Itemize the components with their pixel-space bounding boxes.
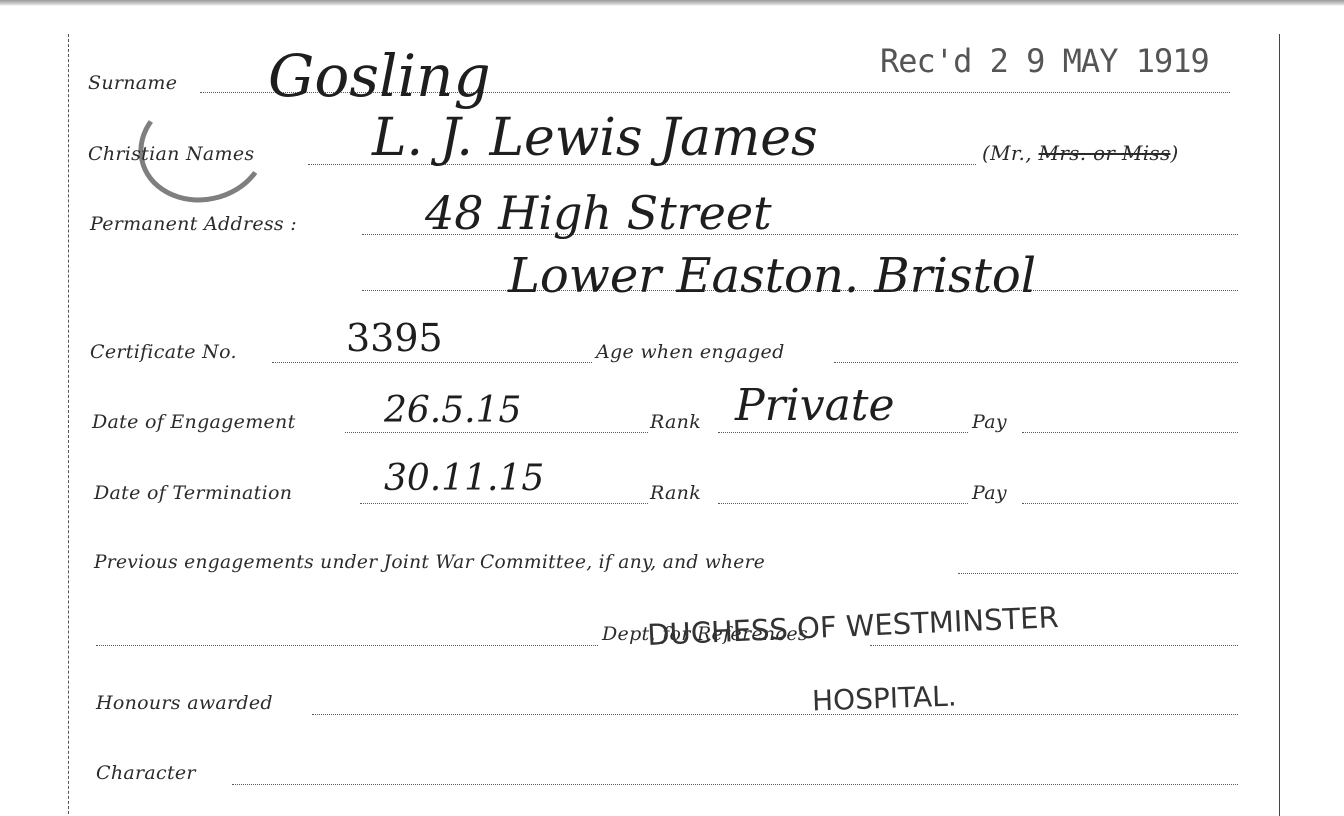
date-of-engagement-value: 26.5.15 — [384, 390, 521, 431]
character-label: Character — [96, 762, 196, 784]
date-of-termination-label: Date of Termination — [94, 482, 292, 504]
address-line-2-value: Lower Easton. Bristol — [508, 248, 1036, 304]
title-struck-mrs-miss: Mrs. or Miss — [1039, 141, 1171, 165]
pay-termination-label: Pay — [972, 482, 1007, 504]
pay-engagement-label: Pay — [972, 411, 1007, 433]
age-when-engaged-line — [834, 362, 1238, 363]
rank-engagement-value: Private — [735, 380, 895, 431]
date-of-engagement-line — [345, 432, 648, 433]
title-open-paren: ( — [982, 141, 990, 165]
permanent-address-label: Permanent Address : — [90, 213, 297, 235]
received-date-stamp: Rec'd 2 9 MAY 1919 — [880, 42, 1209, 80]
date-of-engagement-label: Date of Engagement — [92, 411, 296, 433]
rank-engagement-label: Rank — [650, 411, 701, 433]
date-of-termination-line — [360, 503, 648, 504]
character-line — [232, 784, 1238, 785]
surname-label: Surname — [88, 72, 177, 94]
previous-engagements-line-2 — [96, 645, 598, 646]
scan-edge — [0, 0, 1344, 6]
address-line-1-value: 48 High Street — [425, 186, 772, 240]
dept-for-references-line — [870, 645, 1238, 646]
christian-names-value: L. J. Lewis James — [372, 108, 818, 168]
rank-termination-label: Rank — [650, 482, 701, 504]
previous-engagements-label: Previous engagements under Joint War Com… — [94, 552, 765, 573]
honours-awarded-line — [312, 714, 1238, 715]
rank-termination-line — [718, 503, 968, 504]
certificate-no-value: 3395 — [346, 316, 443, 360]
honours-awarded-label: Honours awarded — [96, 692, 273, 714]
certificate-no-line — [272, 362, 592, 363]
christian-names-label: Christian Names — [88, 143, 254, 165]
title-options: (Mr., Mrs. or Miss) — [982, 141, 1179, 165]
previous-engagements-line-1 — [958, 573, 1238, 574]
date-of-termination-value: 30.11.15 — [384, 458, 544, 499]
title-close-paren: ) — [1171, 141, 1179, 165]
surname-value: Gosling — [268, 42, 491, 110]
age-when-engaged-label: Age when engaged — [596, 341, 785, 363]
rank-engagement-line — [718, 432, 968, 433]
title-selected-mr: Mr., — [990, 141, 1032, 165]
pay-termination-line — [1022, 503, 1238, 504]
dept-stamp-line-2: HOSPITAL. — [811, 679, 957, 717]
pay-engagement-line — [1022, 432, 1238, 433]
certificate-no-label: Certificate No. — [90, 341, 237, 363]
